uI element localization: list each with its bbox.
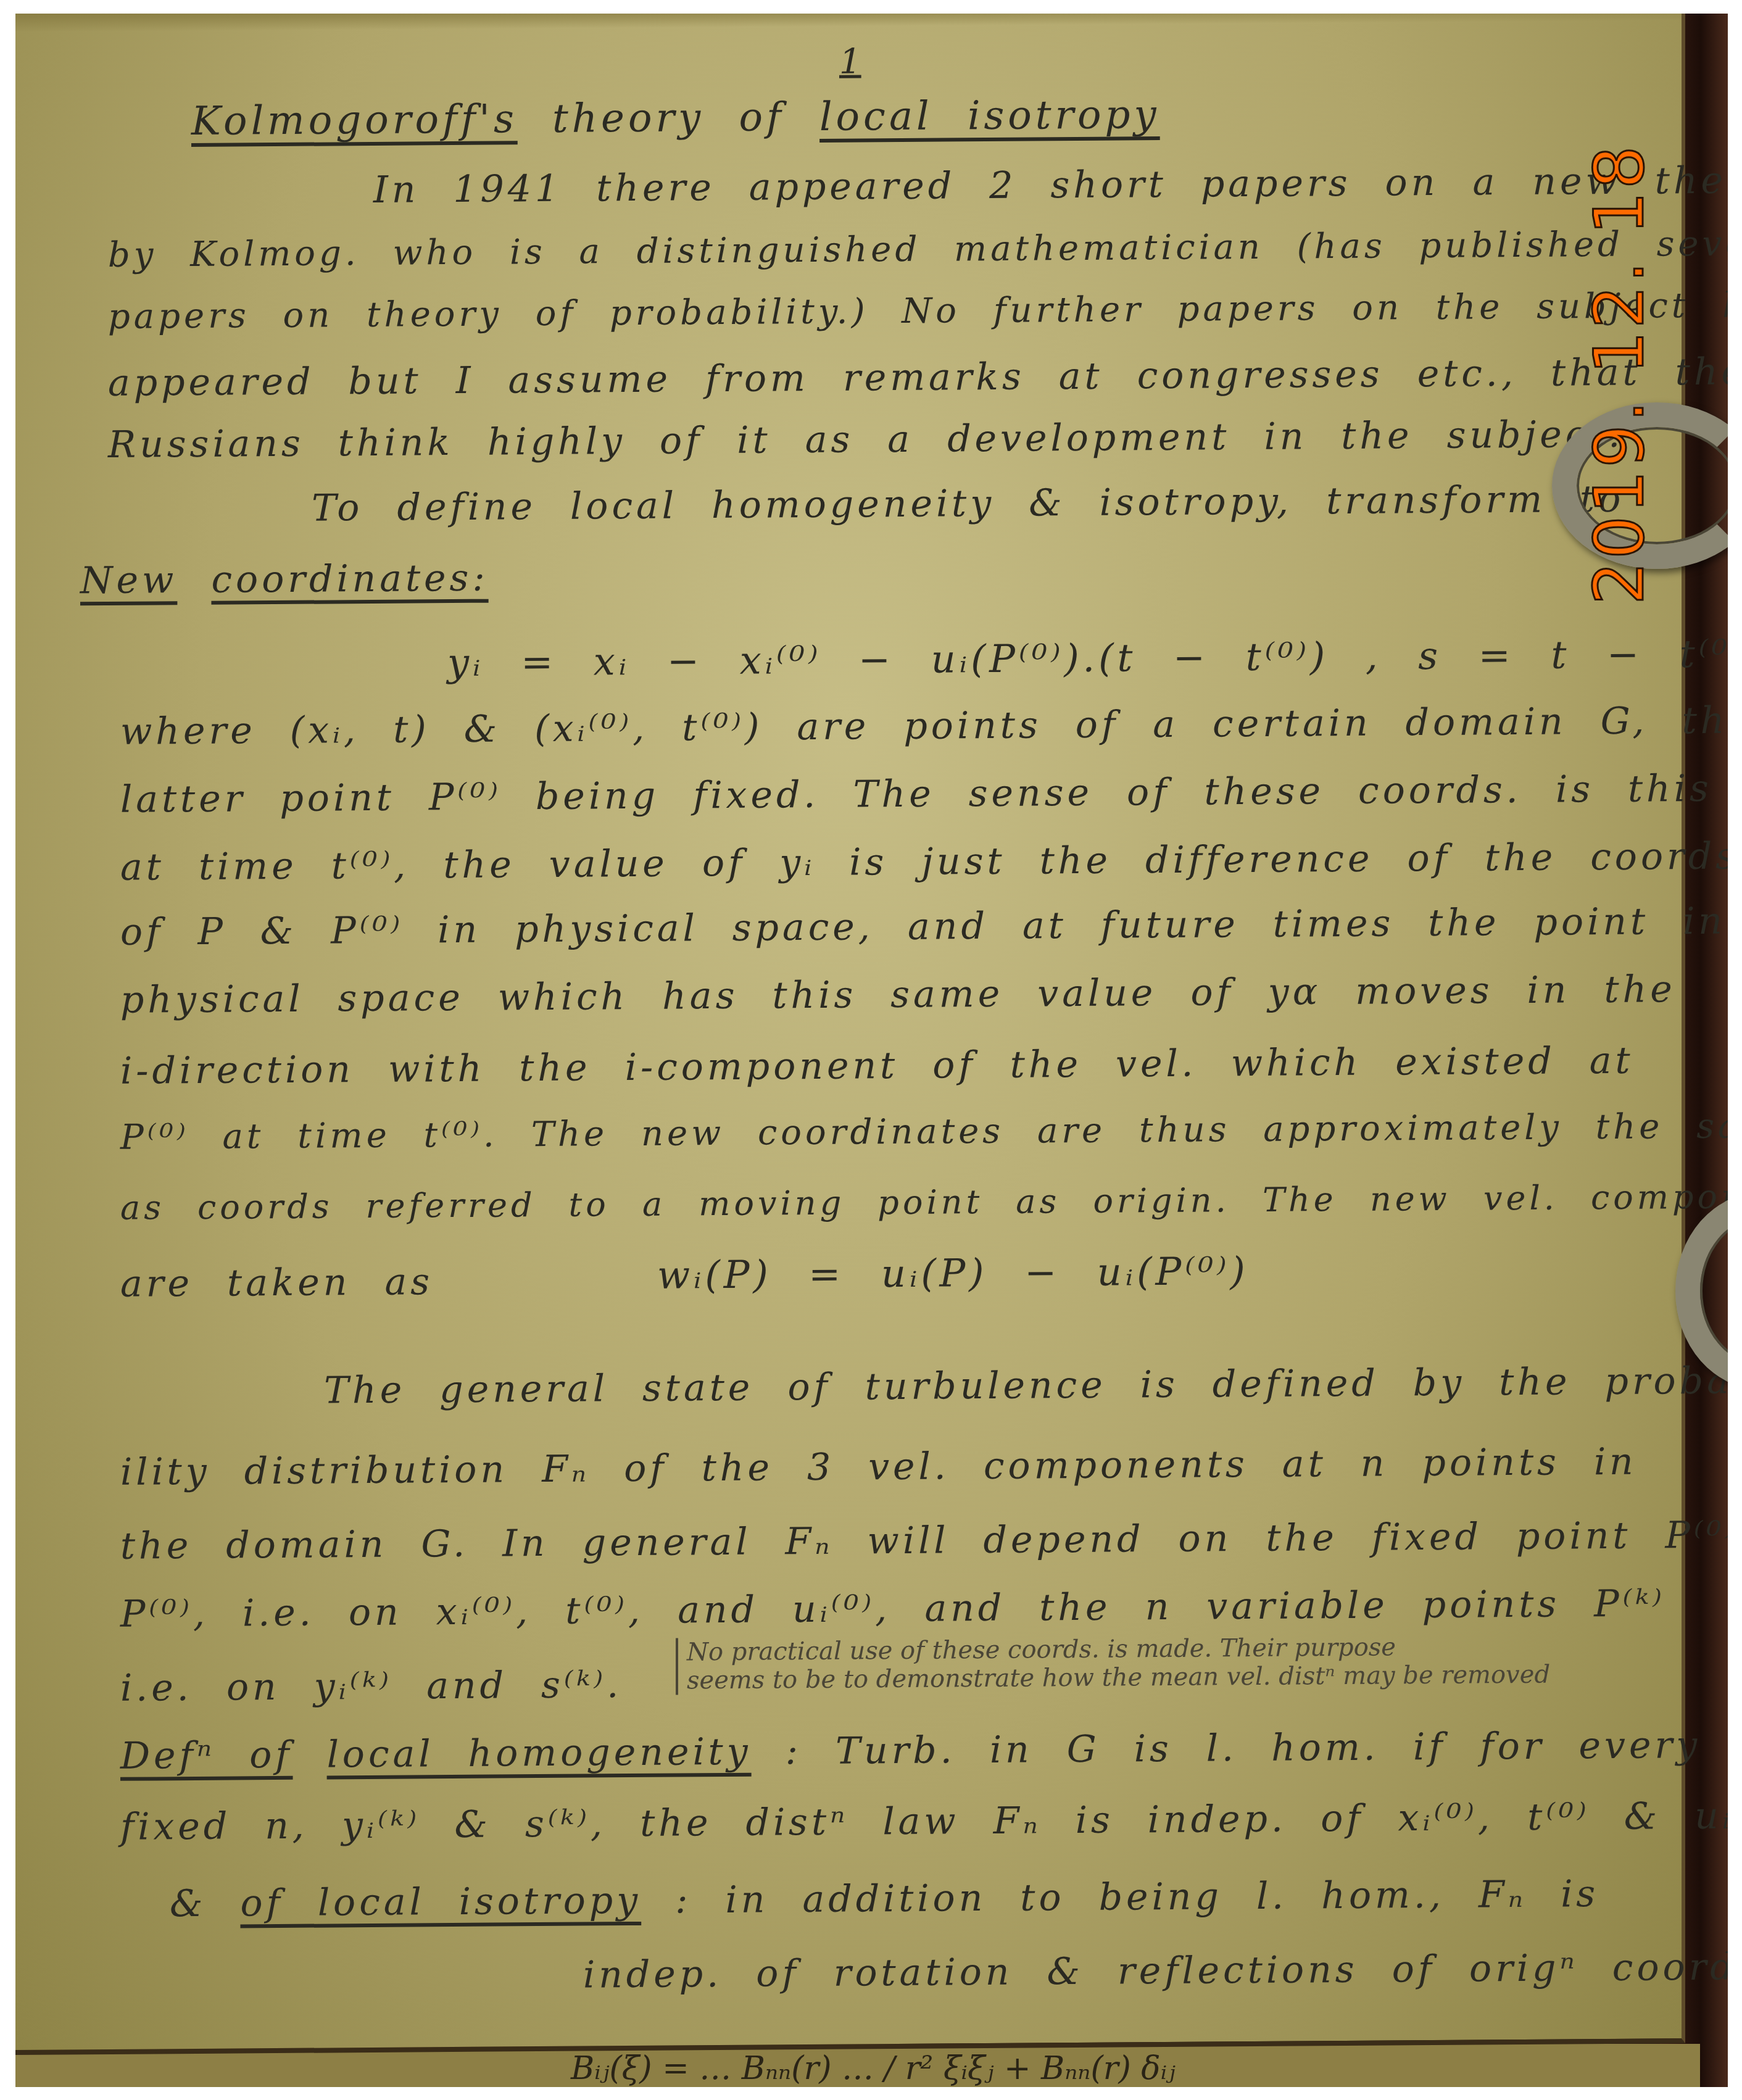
text-line: physical space which has this same value… [120, 968, 1676, 1022]
text-line: appeared but I assume from remarks at co… [108, 350, 1728, 405]
handwritten-page: 1 Kolmogoroff's theory of local isotropy… [15, 14, 1685, 2055]
text-line: i-direction with the i-component of the … [120, 1039, 1634, 1093]
section-heading: New coordinates: [80, 557, 489, 603]
text-line: indep. of rotation & reflections of orig… [583, 1944, 1728, 1997]
equation-new-coordinates: yᵢ = xᵢ − xᵢ⁽⁰⁾ − uᵢ(P⁽⁰⁾).(t − t⁽⁰⁾) , … [447, 631, 1728, 685]
text-line: P⁽⁰⁾ at time t⁽⁰⁾. The new coordinates a… [120, 1106, 1728, 1158]
equation-velocity: wᵢ(P) = uᵢ(P) − uᵢ(P⁽⁰⁾) [657, 1248, 1249, 1298]
text-line: where (xᵢ, t) & (xᵢ⁽⁰⁾, t⁽⁰⁾) are points… [120, 699, 1728, 753]
definition-isotropy: & of local isotropy : in addition to bei… [170, 1872, 1599, 1925]
heading-word: coordinates: [211, 557, 488, 602]
text-line: i.e. on yᵢ⁽ᵏ⁾ and s⁽ᵏ⁾. [120, 1663, 622, 1710]
document-photo: Bᵢⱼ(ξ) = … Bₙₙ(r) … / r² ξᵢξⱼ + Bₙₙ(r) δ… [15, 14, 1728, 2087]
text-line: The general state of turbulence is defin… [324, 1359, 1728, 1412]
date-stamp: 2019. 12. 18 [1580, 143, 1659, 605]
text-line: In 1941 there appeared 2 short papers on… [373, 159, 1728, 212]
text-line: To define local homogeneity & isotropy, … [312, 478, 1624, 530]
text-line: the domain G. In general Fₙ will depend … [120, 1514, 1728, 1568]
text-line: P⁽⁰⁾, i.e. on xᵢ⁽⁰⁾, t⁽⁰⁾, and uᵢ⁽⁰⁾, an… [120, 1582, 1665, 1635]
heading-word: New [80, 558, 177, 602]
title-topic: local isotropy [819, 92, 1160, 140]
definition-term: local homogeneity [327, 1730, 752, 1777]
text-line: of P & P⁽⁰⁾ in physical space, and at fu… [120, 900, 1726, 954]
text-line: Russians think highly of it as a develop… [108, 413, 1624, 467]
text-line: ility distribution Fₙ of the 3 vel. comp… [120, 1440, 1637, 1494]
page-number: 1 [839, 41, 861, 81]
page-title: Kolmogoroff's theory of local isotropy [191, 92, 1160, 144]
text-line: are taken as [120, 1260, 433, 1306]
text-line: latter point P⁽⁰⁾ being fixed. The sense… [120, 766, 1728, 821]
bracketed-note: No practical use of these coords. is mad… [676, 1632, 1550, 1695]
definition-term: of local isotropy [241, 1879, 642, 1925]
definition-label: Defⁿ of [120, 1733, 293, 1778]
text-line: at time t⁽⁰⁾, the value of yᵢ is just th… [120, 835, 1728, 889]
text-line: by Kolmog. who is a distinguished mathem… [108, 223, 1728, 275]
title-mid: theory of [552, 94, 785, 142]
text-line: papers on theory of probability.) No fur… [108, 285, 1728, 337]
definition-text: : in addition to being l. hom., Fₙ is [675, 1872, 1599, 1922]
definition-label: & [170, 1882, 206, 1925]
title-name: Kolmogoroff's [191, 96, 518, 144]
note-line: seems to be to demonstrate how the mean … [687, 1661, 1550, 1695]
definition-text: : Turb. in G is l. hom. if for every [786, 1724, 1701, 1773]
text-line: fixed n, yᵢ⁽ᵏ⁾ & s⁽ᵏ⁾, the distⁿ law Fₙ … [120, 1794, 1728, 1849]
text-line: as coords referred to a moving point as … [120, 1176, 1728, 1227]
paper-edge [15, 14, 1682, 32]
definition-homogeneity: Defⁿ of local homogeneity : Turb. in G i… [120, 1724, 1701, 1778]
next-page-peek: Bᵢⱼ(ξ) = … Bₙₙ(r) … / r² ξᵢξⱼ + Bₙₙ(r) δ… [571, 2050, 1176, 2087]
